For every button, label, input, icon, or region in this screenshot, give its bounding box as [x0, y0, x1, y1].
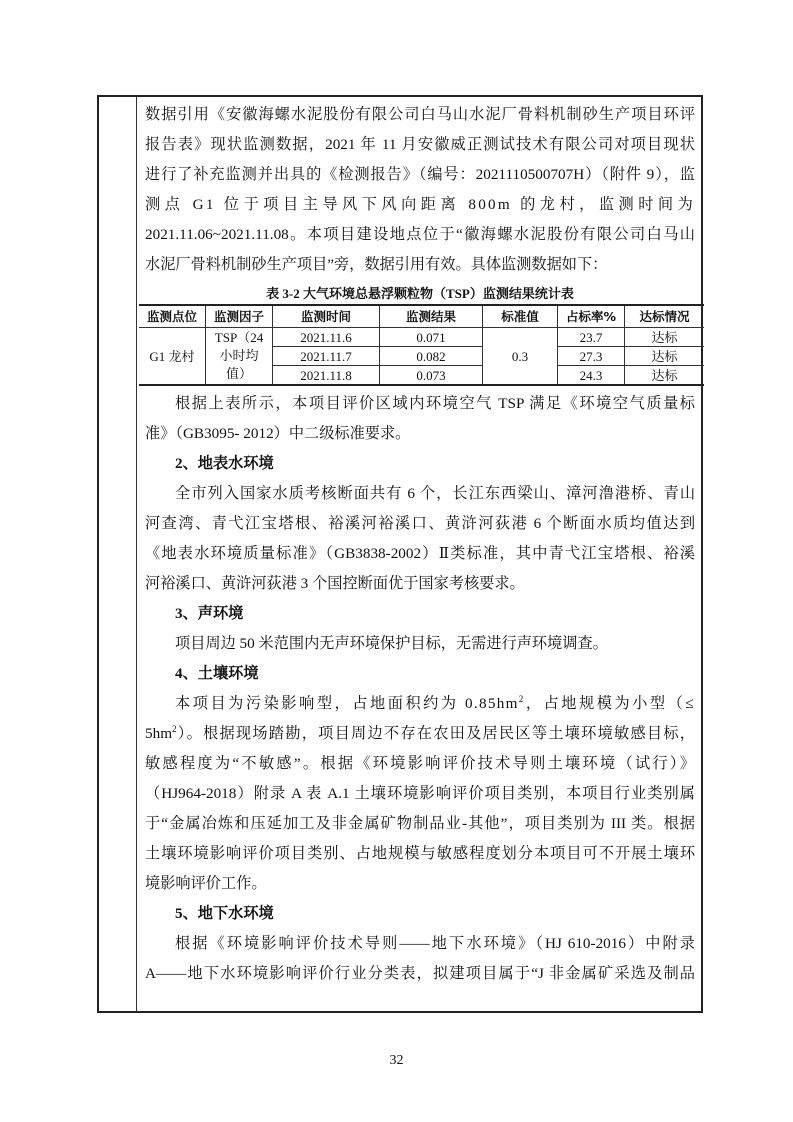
factor-line-3: 值） — [206, 365, 272, 383]
cell-date: 2021.11.8 — [273, 366, 380, 386]
tsp-monitoring-table: 监测点位 监测因子 监测时间 监测结果 标准值 占标率% 达标情况 G1 龙村 … — [139, 304, 704, 386]
section-2-heading: 2、地表水环境 — [175, 454, 695, 474]
intro-line-1: 数据引用《安徽海螺水泥股份有限公司白马山水泥厂骨料机制砂生产项目环评 — [145, 105, 695, 125]
col-header-site: 监测点位 — [139, 305, 206, 328]
section-5-line-1: 根据《环境影响评价技术导则——地下水环境》（HJ 610-2016）中附录 — [175, 934, 695, 954]
cell-ratio: 24.3 — [558, 366, 625, 386]
col-header-date: 监测时间 — [273, 305, 380, 328]
air-line-1: 根据上表所示，本项目评价区域内环境空气 TSP 满足《环境空气质量标 — [175, 394, 695, 414]
cell-ratio: 23.7 — [558, 328, 625, 347]
table-header-row: 监测点位 监测因子 监测时间 监测结果 标准值 占标率% 达标情况 — [139, 305, 704, 328]
section-4-line-4: （HJ964-2018）附录 A 表 A.1 土壤环境影响评价项目类别，本项目行… — [145, 784, 695, 804]
col-header-ratio: 占标率% — [558, 305, 625, 328]
cell-standard: 0.3 — [483, 328, 558, 386]
table-row: G1 龙村 TSP（24 小时均 值） 2021.11.6 0.071 0.3 … — [139, 328, 704, 347]
section-4-line-7: 境影响评价工作。 — [145, 874, 695, 894]
table-caption: 表 3-2 大气环境总悬浮颗粒物（TSP）监测结果统计表 — [139, 285, 701, 303]
col-header-factor: 监测因子 — [206, 305, 273, 328]
cell-result: 0.071 — [380, 328, 483, 347]
intro-line-5: 2021.11.06~2021.11.08。本项目建设地点位于“徽海螺水泥股份有… — [145, 225, 695, 245]
cell-status: 达标 — [625, 328, 705, 347]
soil-limit-text: 5hm — [145, 725, 172, 742]
cell-result: 0.082 — [380, 347, 483, 366]
section-5-heading: 5、地下水环境 — [175, 904, 695, 924]
section-2-line-2: 河查湾、青弋江宝塔根、裕溪河裕溪口、黄浒河荻港 6 个断面水质均值达到 — [145, 514, 695, 534]
cell-result: 0.073 — [380, 366, 483, 386]
cell-site: G1 龙村 — [139, 328, 206, 386]
cell-status: 达标 — [625, 347, 705, 366]
section-4-line-3: 敏感程度为“不敏感”。根据《环境影响评价技术导则土壤环境（试行）》 — [145, 754, 695, 774]
intro-line-4: 测点 G1 位于项目主导风下风向距离 800m 的龙村，监测时间为 — [145, 195, 695, 215]
section-4-line-5: 于“金属冶炼和压延加工及非金属矿物制品业-其他”，项目类别为 III 类。根据 — [145, 814, 695, 834]
section-4-heading: 4、土壤环境 — [175, 664, 695, 684]
section-5-line-2: A——地下水环境影响评价行业分类表，拟建项目属于“J 非金属矿采选及制品 — [145, 964, 695, 984]
intro-line-3: 进行了补充监测并出具的《检测报告》（编号：2021110500707H）（附件 … — [145, 165, 695, 185]
soil-scale-text: ，占地规模为小型（≤ — [525, 695, 695, 712]
cell-date: 2021.11.7 — [273, 347, 380, 366]
cell-ratio: 27.3 — [558, 347, 625, 366]
col-header-status: 达标情况 — [625, 305, 705, 328]
col-header-result: 监测结果 — [380, 305, 483, 328]
section-4-line-1: 本项目为污染影响型，占地面积约为 0.85hm2，占地规模为小型（≤ — [175, 694, 695, 714]
soil-area-text: 本项目为污染影响型，占地面积约为 0.85hm — [175, 695, 519, 712]
section-2-line-4: 河裕溪口、黄浒河荻港 3 个国控断面优于国家考核要求。 — [145, 574, 695, 594]
intro-line-6: 水泥厂骨料机制砂生产项目”旁，数据引用有效。具体监测数据如下： — [145, 255, 695, 275]
col-header-standard: 标准值 — [483, 305, 558, 328]
section-4-line-2: 5hm2）。根据现场踏勘，项目周边不存在农田及居民区等土壤环境敏感目标， — [145, 724, 695, 744]
cell-status: 达标 — [625, 366, 705, 386]
document-frame: 数据引用《安徽海螺水泥股份有限公司白马山水泥厂骨料机制砂生产项目环评 报告表》现… — [97, 95, 703, 1013]
intro-line-2: 报告表》现状监测数据，2021 年 11 月安徽威正测试技术有限公司对项目现状 — [145, 135, 695, 155]
section-2-line-3: 《地表水环境质量标准》（GB3838-2002）Ⅱ类标准，其中青弋江宝塔根、裕溪 — [145, 544, 695, 564]
section-2-line-1: 全市列入国家水质考核断面共有 6 个，长江东西梁山、漳河澛港桥、青山 — [175, 484, 695, 504]
section-3-heading: 3、声环境 — [175, 604, 695, 624]
air-line-2: 准》（GB3095- 2012）中二级标准要求。 — [145, 424, 695, 444]
section-4-line-6: 土壤环境影响评价项目类别、占地规模与敏感程度划分本项目可不开展土壤环 — [145, 844, 695, 864]
content-column: 数据引用《安徽海螺水泥股份有限公司白马山水泥厂骨料机制砂生产项目环评 报告表》现… — [139, 97, 701, 1011]
factor-line-1: TSP（24 — [206, 329, 272, 347]
soil-survey-text: ）。根据现场踏勘，项目周边不存在农田及居民区等土壤环境敏感目标， — [177, 725, 695, 742]
left-label-column — [99, 97, 137, 1011]
factor-line-2: 小时均 — [206, 347, 272, 365]
cell-date: 2021.11.6 — [273, 328, 380, 347]
section-3-line-1: 项目周边 50 米范围内无声环境保护目标，无需进行声环境调查。 — [175, 634, 695, 654]
page-number: 32 — [0, 1053, 793, 1069]
cell-factor: TSP（24 小时均 值） — [206, 328, 273, 386]
